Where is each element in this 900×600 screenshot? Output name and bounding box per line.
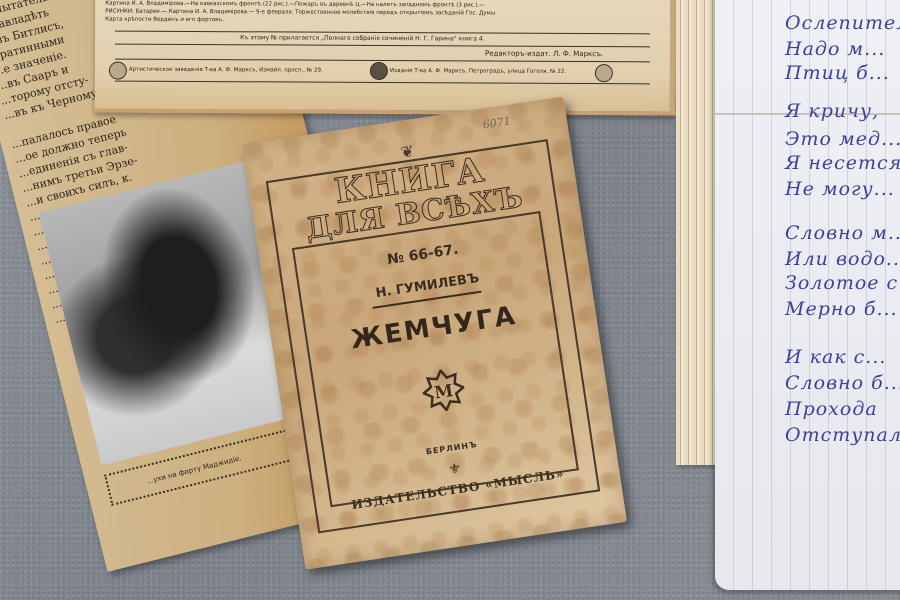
magazine-footer-right: Изданіе Т-ва А. Ф. Марксъ, Петроградъ, у…	[390, 68, 566, 75]
magazine-contents-line: Карта крѣпости Верденъ и его фортовъ.	[105, 17, 224, 24]
handwritten-line: Мерно б...	[785, 298, 898, 320]
handwritten-line: Прохода	[785, 398, 878, 420]
handwritten-notebook: Ослепительн...Надо м...Птиц б...Я кричу,…	[715, 0, 900, 590]
magazine-editor: Редакторъ-издат. Л. Ф. Марксъ.	[485, 50, 603, 59]
handwritten-line: Это мед...	[785, 128, 900, 150]
top-magazine-page: Картина И. А. Владимірова.—На кавказском…	[95, 0, 677, 116]
rule-line	[115, 81, 650, 85]
magazine-supplement-note: Къ этому № прилагается „Полнаго собранія…	[240, 34, 485, 42]
handwritten-line: Я несется...	[785, 152, 900, 174]
handwritten-line: Ослепительн...	[785, 12, 900, 34]
magazine-contents-line: Картина И. А. Владимірова.—На кавказском…	[105, 1, 485, 9]
magazine-contents-line: РИСУНКИ: Батареи.— Картина И. А. Владимі…	[105, 9, 495, 17]
handwritten-line: Словно б...	[785, 372, 900, 394]
crown-ornament-icon: ❦	[399, 141, 415, 162]
handwritten-line: Надо м...	[785, 38, 885, 60]
rule-line	[115, 31, 650, 35]
handwritten-line: Золотое с...	[785, 272, 900, 294]
rule-line	[115, 44, 650, 48]
handwritten-line: Отступало	[785, 424, 900, 446]
notebook-page-edges	[676, 0, 716, 465]
double-eagle-emblem-icon	[370, 62, 388, 80]
handwritten-line: И как с...	[785, 346, 886, 368]
publisher-logo-icon: М	[419, 366, 467, 414]
handwritten-line: Не могу...	[785, 178, 895, 200]
handwritten-line: Я кричу,	[785, 100, 879, 122]
printer-emblem-icon	[109, 62, 127, 80]
svg-text:М: М	[433, 381, 455, 404]
fleur-ornament-icon: ⚜	[448, 461, 463, 479]
book-zhemchuga: 6071 ❦ КНИГА ДЛЯ ВСѢХЪ № 66-67. Н. ГУМИЛ…	[242, 96, 627, 569]
handwritten-line: Словно м...	[785, 222, 900, 244]
handwritten-line: Или водо...	[785, 248, 900, 270]
publisher-emblem-icon	[595, 64, 613, 82]
handwritten-line: Птиц б...	[785, 62, 890, 84]
magazine-footer-left: Артистическое заведеніе Т-ва А. Ф. Маркс…	[129, 67, 323, 74]
